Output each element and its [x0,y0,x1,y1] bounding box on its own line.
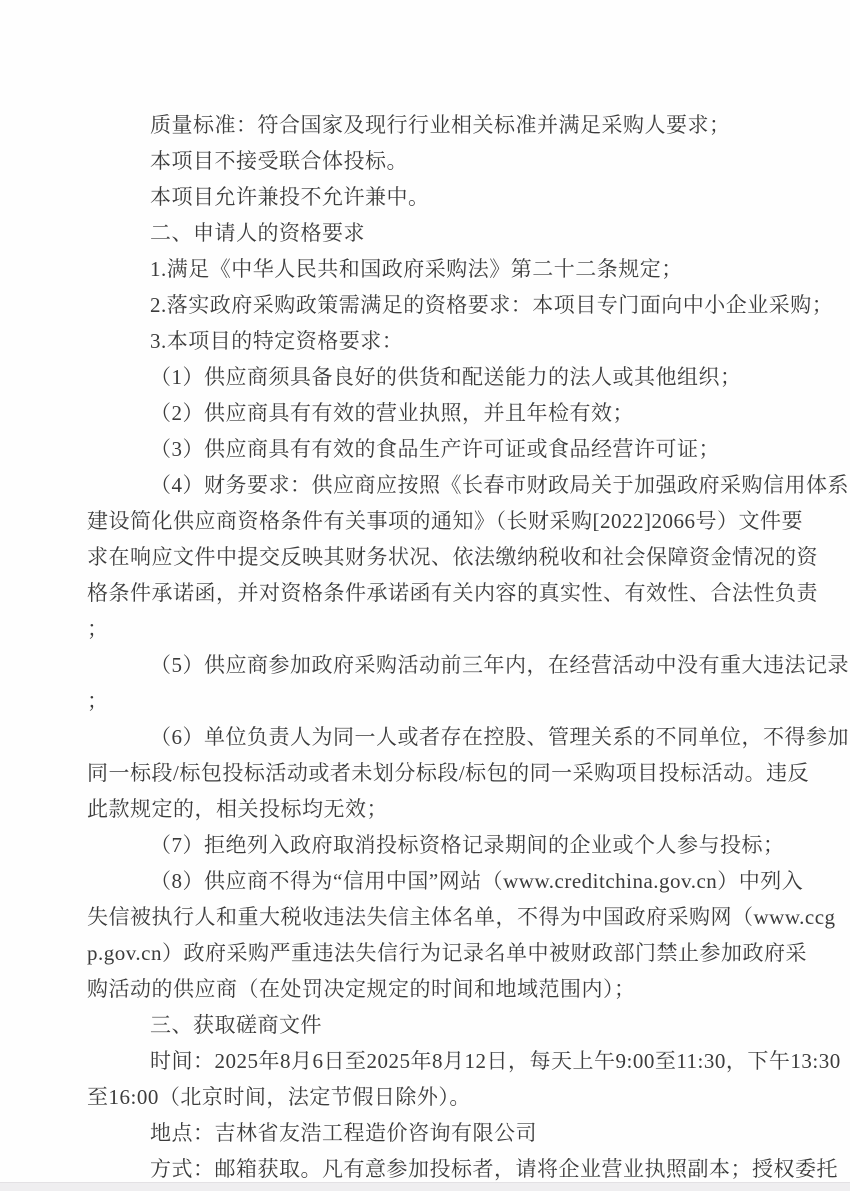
requirement-3: 3.本项目的特定资格要求： [87,323,770,359]
obtain-location: 地点：吉林省友浩工程造价咨询有限公司 [87,1115,770,1151]
specific-requirement-8: p.gov.cn）政府采购严重违法失信行为记录名单中被财政部门禁止参加政府采 [87,935,770,971]
document-page: 质量标准：符合国家及现行行业相关标准并满足采购人要求；本项目不接受联合体投标。本… [0,0,850,1191]
specific-requirement-1: （1）供应商须具备良好的供货和配送能力的法人或其他组织； [87,359,770,395]
specific-requirement-6: 同一标段/标包投标活动或者未划分标段/标包的同一采购项目投标活动。违反 [87,755,770,791]
specific-requirement-5: （5）供应商参加政府采购活动前三年内，在经营活动中没有重大违法记录 [87,647,770,683]
specific-requirement-4: 建设简化供应商资格条件有关事项的通知》（长财采购[2022]2066号）文件要 [87,503,770,539]
specific-requirement-7: （7）拒绝列入政府取消投标资格记录期间的企业或个人参与投标； [87,827,770,863]
specific-requirement-6: （6）单位负责人为同一人或者存在控股、管理关系的不同单位，不得参加 [87,719,770,755]
paragraph-quality-standard: 质量标准：符合国家及现行行业相关标准并满足采购人要求； [87,107,770,143]
paragraph-no-consortium: 本项目不接受联合体投标。 [87,143,770,179]
requirement-2: 2.落实政府采购政策需满足的资格要求：本项目专门面向中小企业采购； [87,287,770,323]
document-body: 质量标准：符合国家及现行行业相关标准并满足采购人要求；本项目不接受联合体投标。本… [87,107,770,1187]
specific-requirement-4: 格条件承诺函，并对资格条件承诺函有关内容的真实性、有效性、合法性负责 [87,575,770,611]
specific-requirement-3: （3）供应商具有有效的食品生产许可证或食品经营许可证； [87,431,770,467]
requirement-1: 1.满足《中华人民共和国政府采购法》第二十二条规定； [87,251,770,287]
section-heading-2: 二、申请人的资格要求 [87,215,770,251]
section-heading-3: 三、获取磋商文件 [87,1007,770,1043]
specific-requirement-4: 求在响应文件中提交反映其财务状况、依法缴纳税收和社会保障资金情况的资 [87,539,770,575]
paragraph-concurrent-bids: 本项目允许兼投不允许兼中。 [87,179,770,215]
page-bottom-edge [0,1182,850,1191]
specific-requirement-5: ； [87,683,770,719]
specific-requirement-2: （2）供应商具有有效的营业执照，并且年检有效； [87,395,770,431]
specific-requirement-6: 此款规定的，相关投标均无效； [87,791,770,827]
obtain-time: 至16:00（北京时间，法定节假日除外）。 [87,1079,770,1115]
specific-requirement-8: 购活动的供应商（在处罚决定规定的时间和地域范围内）； [87,971,770,1007]
specific-requirement-8: （8）供应商不得为“信用中国”网站（www.creditchina.gov.cn… [87,863,770,899]
specific-requirement-8: 失信被执行人和重大税收违法失信主体名单，不得为中国政府采购网（www.ccg [87,899,770,935]
obtain-time: 时间：2025年8月6日至2025年8月12日，每天上午9:00至11:30，下… [87,1043,770,1079]
specific-requirement-4: （4）财务要求：供应商应按照《长春市财政局关于加强政府采购信用体系 [87,467,770,503]
specific-requirement-4: ； [87,611,770,647]
